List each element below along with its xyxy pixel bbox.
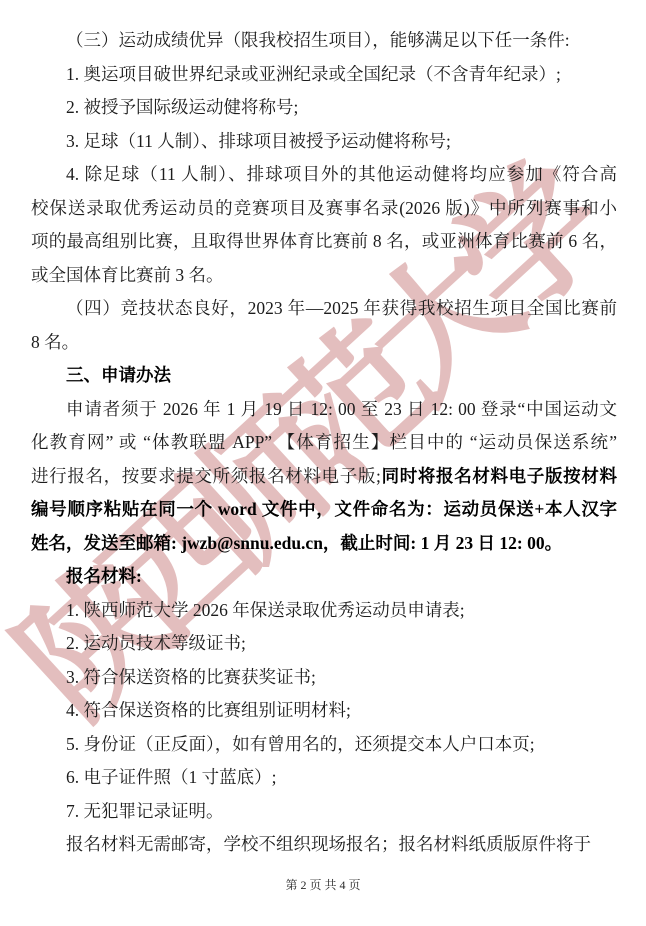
text-line: 校保送录取优秀运动员的竞赛项目及赛事名录(2026 版)》中所列赛事和小 <box>31 192 617 226</box>
text-line: 1. 陕西师范大学 2026 年保送录取优秀运动员申请表; <box>31 594 617 628</box>
text-run: 进行报名，按要求提交所须报名材料电子版; <box>31 466 381 486</box>
text-line: 5. 身份证（正反面），如有曾用名的，还须提交本人户口本页; <box>31 728 617 762</box>
text-line: 姓名，发送至邮箱: jwzb@snnu.edu.cn，截止时间: 1 月 23 … <box>31 527 617 561</box>
text-run: 项的最高组别比赛，且取得世界体育比赛前 8 名，或亚洲体育比赛前 6 名， <box>31 231 617 251</box>
text-line: 编号顺序粘贴在同一个 word 文件中，文件命名为：运动员保送+本人汉字 <box>31 493 617 527</box>
text-run: （四）竞技状态良好，2023 年—2025 年获得我校招生项目全国比赛前 <box>66 298 617 318</box>
text-line: 三、申请办法 <box>31 359 617 393</box>
text-run: 7. 无犯罪记录证明。 <box>66 801 224 821</box>
text-line: 8 名。 <box>31 326 617 360</box>
text-line: 6. 电子证件照（1 寸蓝底）; <box>31 761 617 795</box>
text-line: 1. 奥运项目破世界纪录或亚洲纪录或全国纪录（不含青年纪录）; <box>31 58 617 92</box>
text-line: 4. 符合保送资格的比赛组别证明材料; <box>31 694 617 728</box>
text-run: 姓名，发送至邮箱: jwzb@snnu.edu.cn，截止时间: 1 月 23 … <box>31 533 562 553</box>
text-run: 报名材料: <box>66 566 142 586</box>
text-run: 5. 身份证（正反面），如有曾用名的，还须提交本人户口本页; <box>66 734 535 754</box>
text-run: 同时将报名材料电子版按材料 <box>381 466 617 486</box>
text-run: 2. 运动员技术等级证书; <box>66 633 246 653</box>
text-line: （三）运动成绩优异（限我校招生项目），能够满足以下任一条件: <box>31 24 617 58</box>
text-run: 校保送录取优秀运动员的竞赛项目及赛事名录(2026 版)》中所列赛事和小 <box>31 198 617 218</box>
text-run: 8 名。 <box>31 332 79 352</box>
text-run: 或全国体育比赛前 3 名。 <box>31 265 224 285</box>
text-run: 化教育网” 或 “体教联盟 APP” 【体育招生】栏目中的 “运动员保送系统” <box>31 432 617 452</box>
text-line: 项的最高组别比赛，且取得世界体育比赛前 8 名，或亚洲体育比赛前 6 名， <box>31 225 617 259</box>
text-line: （四）竞技状态良好，2023 年—2025 年获得我校招生项目全国比赛前 <box>31 292 617 326</box>
text-run: 编号顺序粘贴在同一个 word 文件中，文件命名为：运动员保送+本人汉字 <box>31 499 617 519</box>
text-line: 化教育网” 或 “体教联盟 APP” 【体育招生】栏目中的 “运动员保送系统” <box>31 426 617 460</box>
document-page: 陕西师范大学 （三）运动成绩优异（限我校招生项目），能够满足以下任一条件:1. … <box>0 0 646 926</box>
document-body: （三）运动成绩优异（限我校招生项目），能够满足以下任一条件:1. 奥运项目破世界… <box>31 24 617 862</box>
text-run: 6. 电子证件照（1 寸蓝底）; <box>66 767 277 787</box>
text-run: 1. 陕西师范大学 2026 年保送录取优秀运动员申请表; <box>66 600 465 620</box>
text-run: 3. 足球（11 人制）、排球项目被授予运动健将称号; <box>66 131 451 151</box>
text-line: 报名材料无需邮寄，学校不组织现场报名；报名材料纸质版原件将于 <box>31 828 617 862</box>
text-line: 7. 无犯罪记录证明。 <box>31 795 617 829</box>
page-number: 第 2 页 共 4 页 <box>285 878 360 892</box>
text-run: 申请者须于 2026 年 1 月 19 日 12: 00 至 23 日 12: … <box>66 399 617 419</box>
text-line: 报名材料: <box>31 560 617 594</box>
text-run: 3. 符合保送资格的比赛获奖证书; <box>66 667 316 687</box>
text-run: 2. 被授予国际级运动健将称号; <box>66 97 298 117</box>
text-run: 4. 符合保送资格的比赛组别证明材料; <box>66 700 351 720</box>
text-line: 3. 符合保送资格的比赛获奖证书; <box>31 661 617 695</box>
text-run: 4. 除足球（11 人制）、排球项目外的其他运动健将均应参加《符合高 <box>66 164 617 184</box>
text-run: 1. 奥运项目破世界纪录或亚洲纪录或全国纪录（不含青年纪录）; <box>66 64 561 84</box>
text-run: 三、申请办法 <box>66 365 171 385</box>
text-line: 申请者须于 2026 年 1 月 19 日 12: 00 至 23 日 12: … <box>31 393 617 427</box>
text-line: 进行报名，按要求提交所须报名材料电子版;同时将报名材料电子版按材料 <box>31 460 617 494</box>
text-run: 报名材料无需邮寄，学校不组织现场报名；报名材料纸质版原件将于 <box>66 834 591 854</box>
text-run: （三）运动成绩优异（限我校招生项目），能够满足以下任一条件: <box>66 30 570 50</box>
text-line: 3. 足球（11 人制）、排球项目被授予运动健将称号; <box>31 125 617 159</box>
text-line: 2. 被授予国际级运动健将称号; <box>31 91 617 125</box>
text-line: 2. 运动员技术等级证书; <box>31 627 617 661</box>
text-line: 4. 除足球（11 人制）、排球项目外的其他运动健将均应参加《符合高 <box>31 158 617 192</box>
text-line: 或全国体育比赛前 3 名。 <box>31 259 617 293</box>
page-footer: 第 2 页 共 4 页 <box>0 876 646 893</box>
